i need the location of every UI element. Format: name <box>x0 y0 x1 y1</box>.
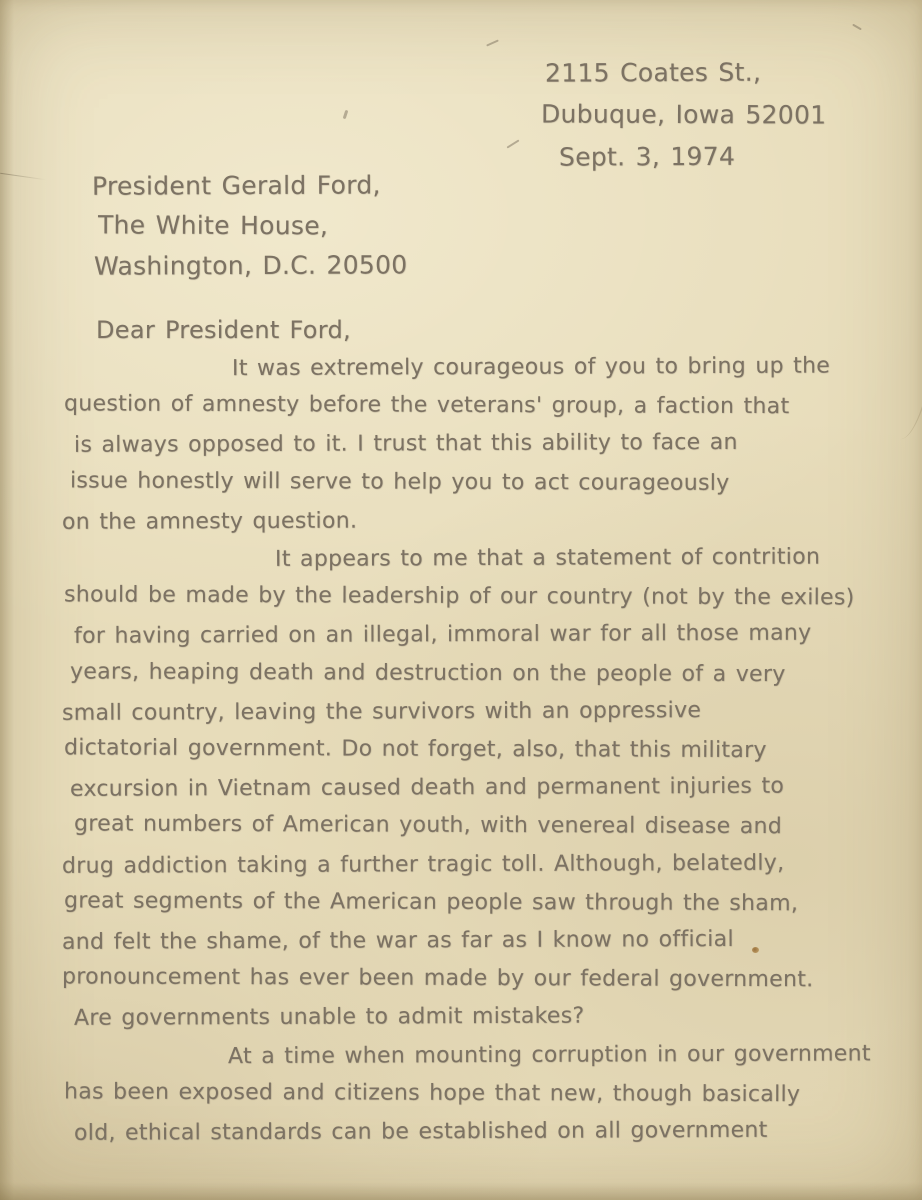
letter-line: is always opposed to it. I trust that th… <box>74 424 907 466</box>
letter-line: drug addiction taking a further tragic t… <box>62 844 907 886</box>
paper-edge-shadow <box>0 0 14 1200</box>
letter-line: should be made by the leadership of our … <box>64 577 907 618</box>
letter-line: dictatorial government. Do not forget, a… <box>64 729 907 770</box>
recipient-city: Washington, D.C. 20500 <box>94 245 408 286</box>
sender-street: 2115 Coates St., <box>545 51 827 94</box>
pencil-smudge <box>486 39 499 46</box>
letter-line: issue honestly will serve to help you to… <box>70 462 907 503</box>
sender-address-block: 2115 Coates St., Dubuque, Iowa 52001 Sep… <box>545 52 826 178</box>
letter-line: and felt the shame, of the war as far as… <box>62 920 907 962</box>
recipient-street: The White House, <box>98 205 408 246</box>
pencil-smudge <box>343 110 349 119</box>
salutation: Dear President Ford, <box>96 316 351 344</box>
letter-line: excursion in Vietnam caused death and pe… <box>70 767 907 809</box>
letter-line: has been exposed and citizens hope that … <box>64 1073 907 1114</box>
letter-line: great numbers of American youth, with ve… <box>74 806 907 847</box>
pencil-smudge <box>852 24 862 31</box>
letter-line: pronouncement has ever been made by our … <box>62 959 907 1000</box>
letter-line: At a time when mounting corruption in ou… <box>70 1035 907 1077</box>
handwritten-letter-page: 2115 Coates St., Dubuque, Iowa 52001 Sep… <box>0 0 922 1200</box>
letter-line: years, heaping death and destruction on … <box>70 653 907 694</box>
recipient-address-block: President Gerald Ford, The White House, … <box>92 166 407 286</box>
pencil-smudge <box>507 139 520 148</box>
letter-line: old, ethical standards can be establishe… <box>74 1111 907 1153</box>
letter-line: Are governments unable to admit mistakes… <box>74 997 907 1039</box>
paragraph-1: It was extremely courageous of you to br… <box>62 349 907 540</box>
letter-line: It was extremely courageous of you to br… <box>70 347 907 389</box>
letter-line: It appears to me that a statement of con… <box>70 538 907 580</box>
recipient-name: President Gerald Ford, <box>92 165 408 206</box>
letter-line: question of amnesty before the veterans'… <box>64 386 907 427</box>
letter-line: on the amnesty question. <box>62 500 907 542</box>
letter-line: small country, leaving the survivors wit… <box>62 691 907 733</box>
paper-edge-shadow <box>0 1182 922 1200</box>
paragraph-2: It appears to me that a statement of con… <box>62 540 907 1037</box>
letter-body: It was extremely courageous of you to br… <box>62 349 907 1151</box>
sender-city: Dubuque, Iowa 52001 <box>541 93 827 136</box>
letter-line: for having carried on an illegal, immora… <box>74 615 907 657</box>
letter-date: Sept. 3, 1974 <box>559 135 827 178</box>
letter-line: great segments of the American people sa… <box>64 882 907 923</box>
paragraph-3: At a time when mounting corruption in ou… <box>62 1037 907 1152</box>
